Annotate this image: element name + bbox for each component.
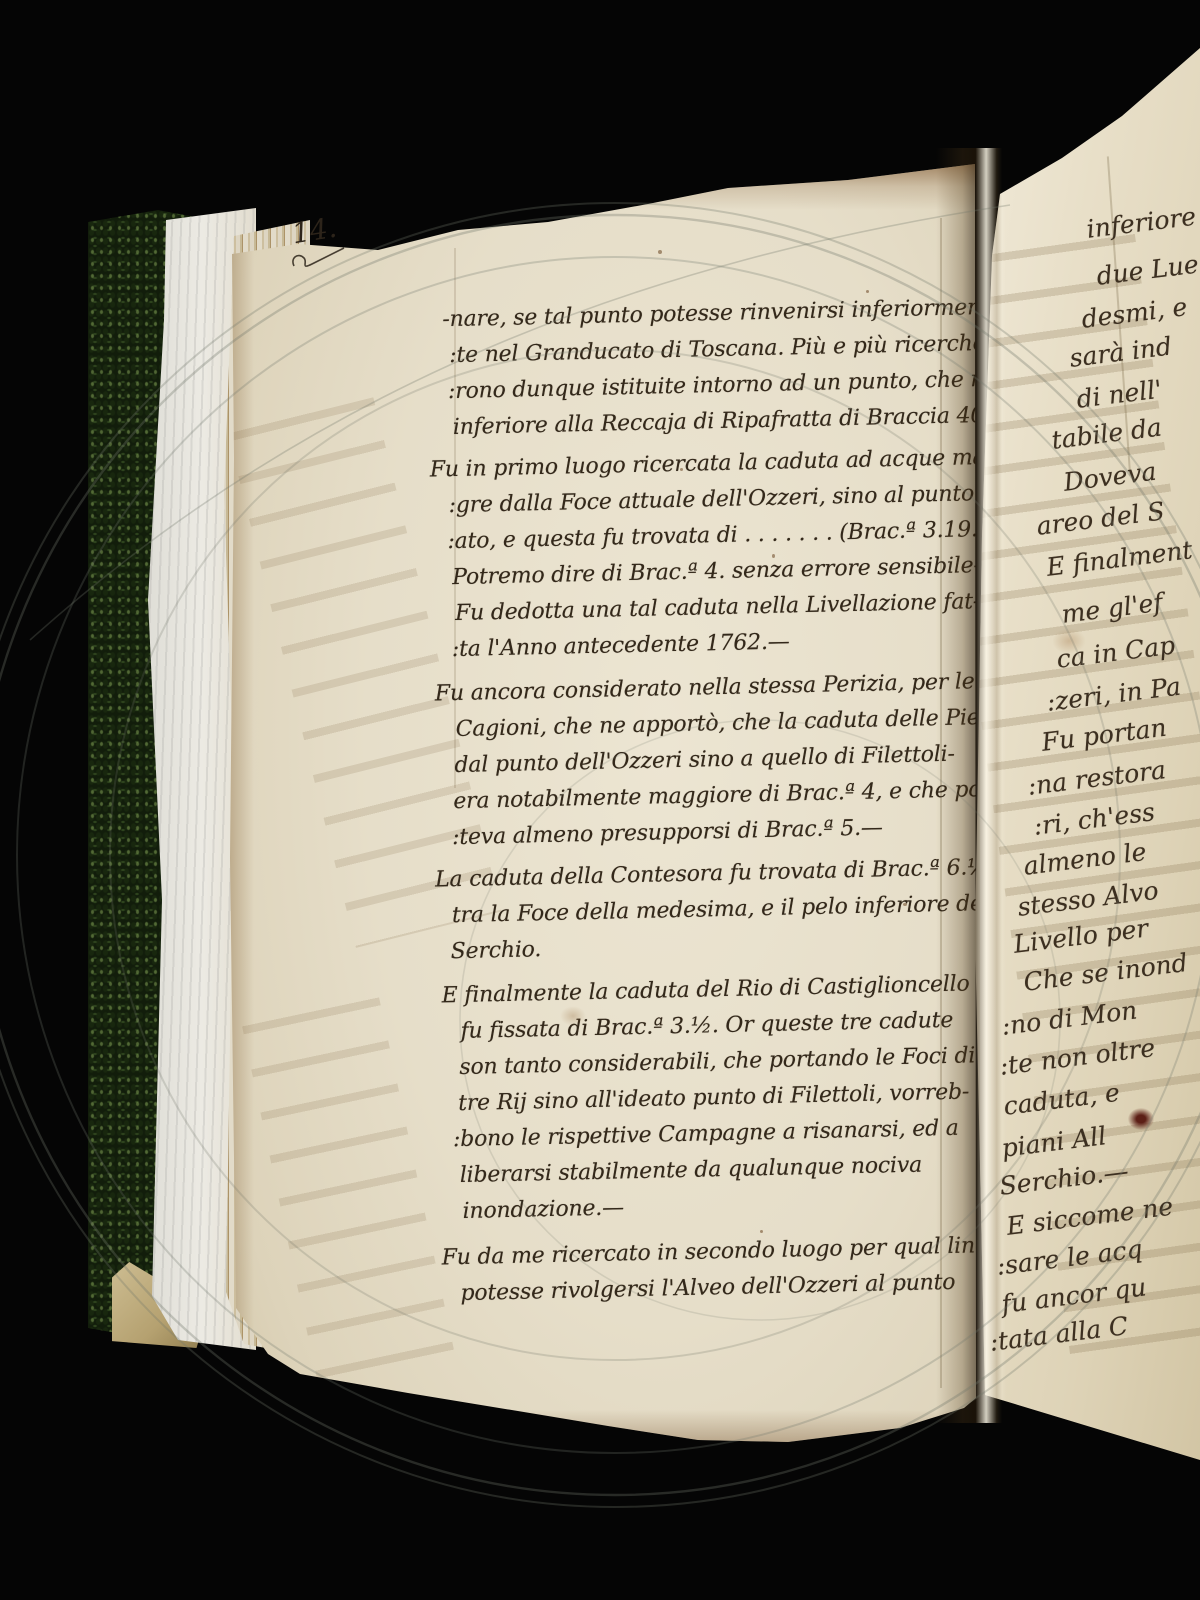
left-page: -nare, se tal punto potesse rinvenirsi i… <box>228 158 976 1600</box>
ink-show-through <box>236 968 460 1408</box>
margin-rule-line <box>1107 156 1131 475</box>
handwritten-text-block: -nare, se tal punto potesse rinvenirsi i… <box>452 290 1015 1312</box>
page-top-toned-edge <box>228 158 976 210</box>
right-page <box>972 36 1200 1476</box>
page-number-flourish <box>288 244 348 274</box>
manuscript-photo: -nare, se tal punto potesse rinvenirsi i… <box>0 0 1200 1600</box>
page-bottom-toned-edge <box>228 1410 976 1450</box>
book-gutter-shadow <box>936 148 1002 1423</box>
